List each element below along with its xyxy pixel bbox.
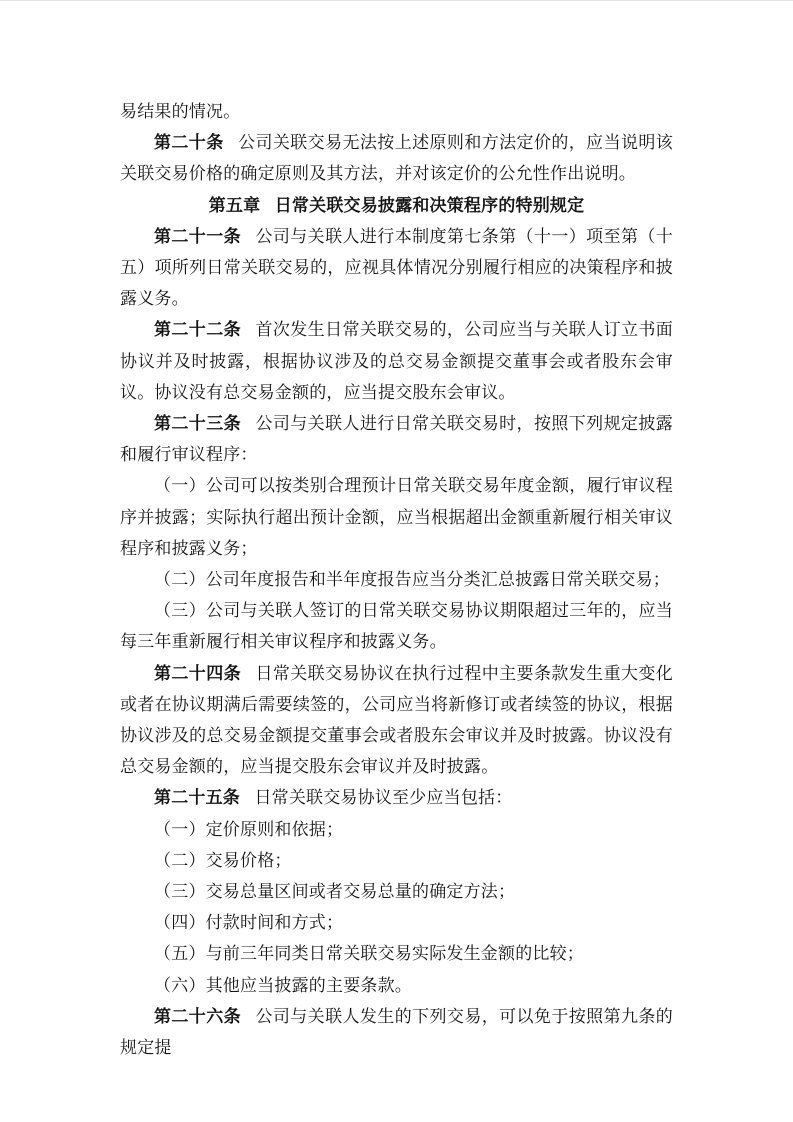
paragraph-text: （四）付款时间和方式； (154, 913, 343, 932)
article-paragraph: 第二十四条日常关联交易协议在执行过程中主要条款发生重大变化或者在协议期满后需要续… (120, 658, 673, 783)
article-paragraph: 第二十二条首次发生日常关联交易的，公司应当与关联人订立书面协议并及时披露，根据协… (120, 314, 673, 408)
chapter-heading: 第五章日常关联交易披露和决策程序的特别规定 (120, 190, 673, 221)
article-number: 第二十五条 (154, 788, 240, 807)
list-item-paragraph: （一）公司可以按类别合理预计日常关联交易年度金额，履行审议程序并披露；实际执行超… (120, 470, 673, 564)
paragraph-text: （一）公司可以按类别合理预计日常关联交易年度金额，履行审议程序并披露；实际执行超… (120, 476, 673, 557)
list-item-paragraph: （五）与前三年同类日常关联交易实际发生金额的比较； (120, 938, 673, 969)
list-item-paragraph: （四）付款时间和方式； (120, 907, 673, 938)
article-number: 第二十二条 (154, 320, 241, 339)
list-item-paragraph: （六）其他应当披露的主要条款。 (120, 970, 673, 1001)
article-number: 第二十三条 (154, 414, 241, 433)
paragraph-text: （六）其他应当披露的主要条款。 (154, 976, 412, 995)
paragraph-text: 日常关联交易披露和决策程序的特别规定 (275, 196, 585, 215)
article-paragraph: 第二十一条公司与关联人进行本制度第七条第（十一）项至第（十五）项所列日常关联交易… (120, 221, 673, 315)
paragraph-text: （三）公司与关联人签订的日常关联交易协议期限超过三年的，应当每三年重新履行相关审… (120, 601, 673, 651)
article-paragraph: 第二十五条日常关联交易协议至少应当包括： (120, 782, 673, 813)
paragraph-text: （五）与前三年同类日常关联交易实际发生金额的比较； (154, 944, 584, 963)
article-number: 第二十条 (154, 133, 224, 152)
paragraph-text: （二）公司年度报告和半年度报告应当分类汇总披露日常关联交易； (154, 570, 670, 589)
list-item-paragraph: （二）交易价格； (120, 845, 673, 876)
article-paragraph: 第二十三条公司与关联人进行日常关联交易时，按照下列规定披露和履行审议程序： (120, 408, 673, 470)
list-item-paragraph: （三）交易总量区间或者交易总量的确定方法； (120, 876, 673, 907)
document-content: 易结果的情况。第二十条公司关联交易无法按上述原则和方法定价的，应当说明该关联交易… (120, 96, 673, 1063)
paragraph-text: （一）定价原则和依据； (154, 820, 343, 839)
page-top-edge (0, 0, 793, 1)
continuation-paragraph: 易结果的情况。 (120, 96, 673, 127)
list-item-paragraph: （一）定价原则和依据； (120, 814, 673, 845)
article-paragraph: 第二十条公司关联交易无法按上述原则和方法定价的，应当说明该关联交易价格的确定原则… (120, 127, 673, 189)
paragraph-text: 日常关联交易协议至少应当包括： (254, 788, 512, 807)
article-number: 第二十一条 (154, 227, 241, 246)
paragraph-text: （三）交易总量区间或者交易总量的确定方法； (154, 882, 515, 901)
paragraph-text: （二）交易价格； (154, 851, 292, 870)
paragraph-text: 易结果的情况。 (120, 102, 240, 121)
list-item-paragraph: （三）公司与关联人签订的日常关联交易协议期限超过三年的，应当每三年重新履行相关审… (120, 595, 673, 657)
article-number: 第二十四条 (154, 664, 241, 683)
article-number: 第二十六条 (154, 1007, 241, 1026)
list-item-paragraph: （二）公司年度报告和半年度报告应当分类汇总披露日常关联交易； (120, 564, 673, 595)
chapter-number: 第五章 (209, 196, 261, 215)
article-paragraph: 第二十六条公司与关联人发生的下列交易，可以免于按照第九条的规定提 (120, 1001, 673, 1063)
